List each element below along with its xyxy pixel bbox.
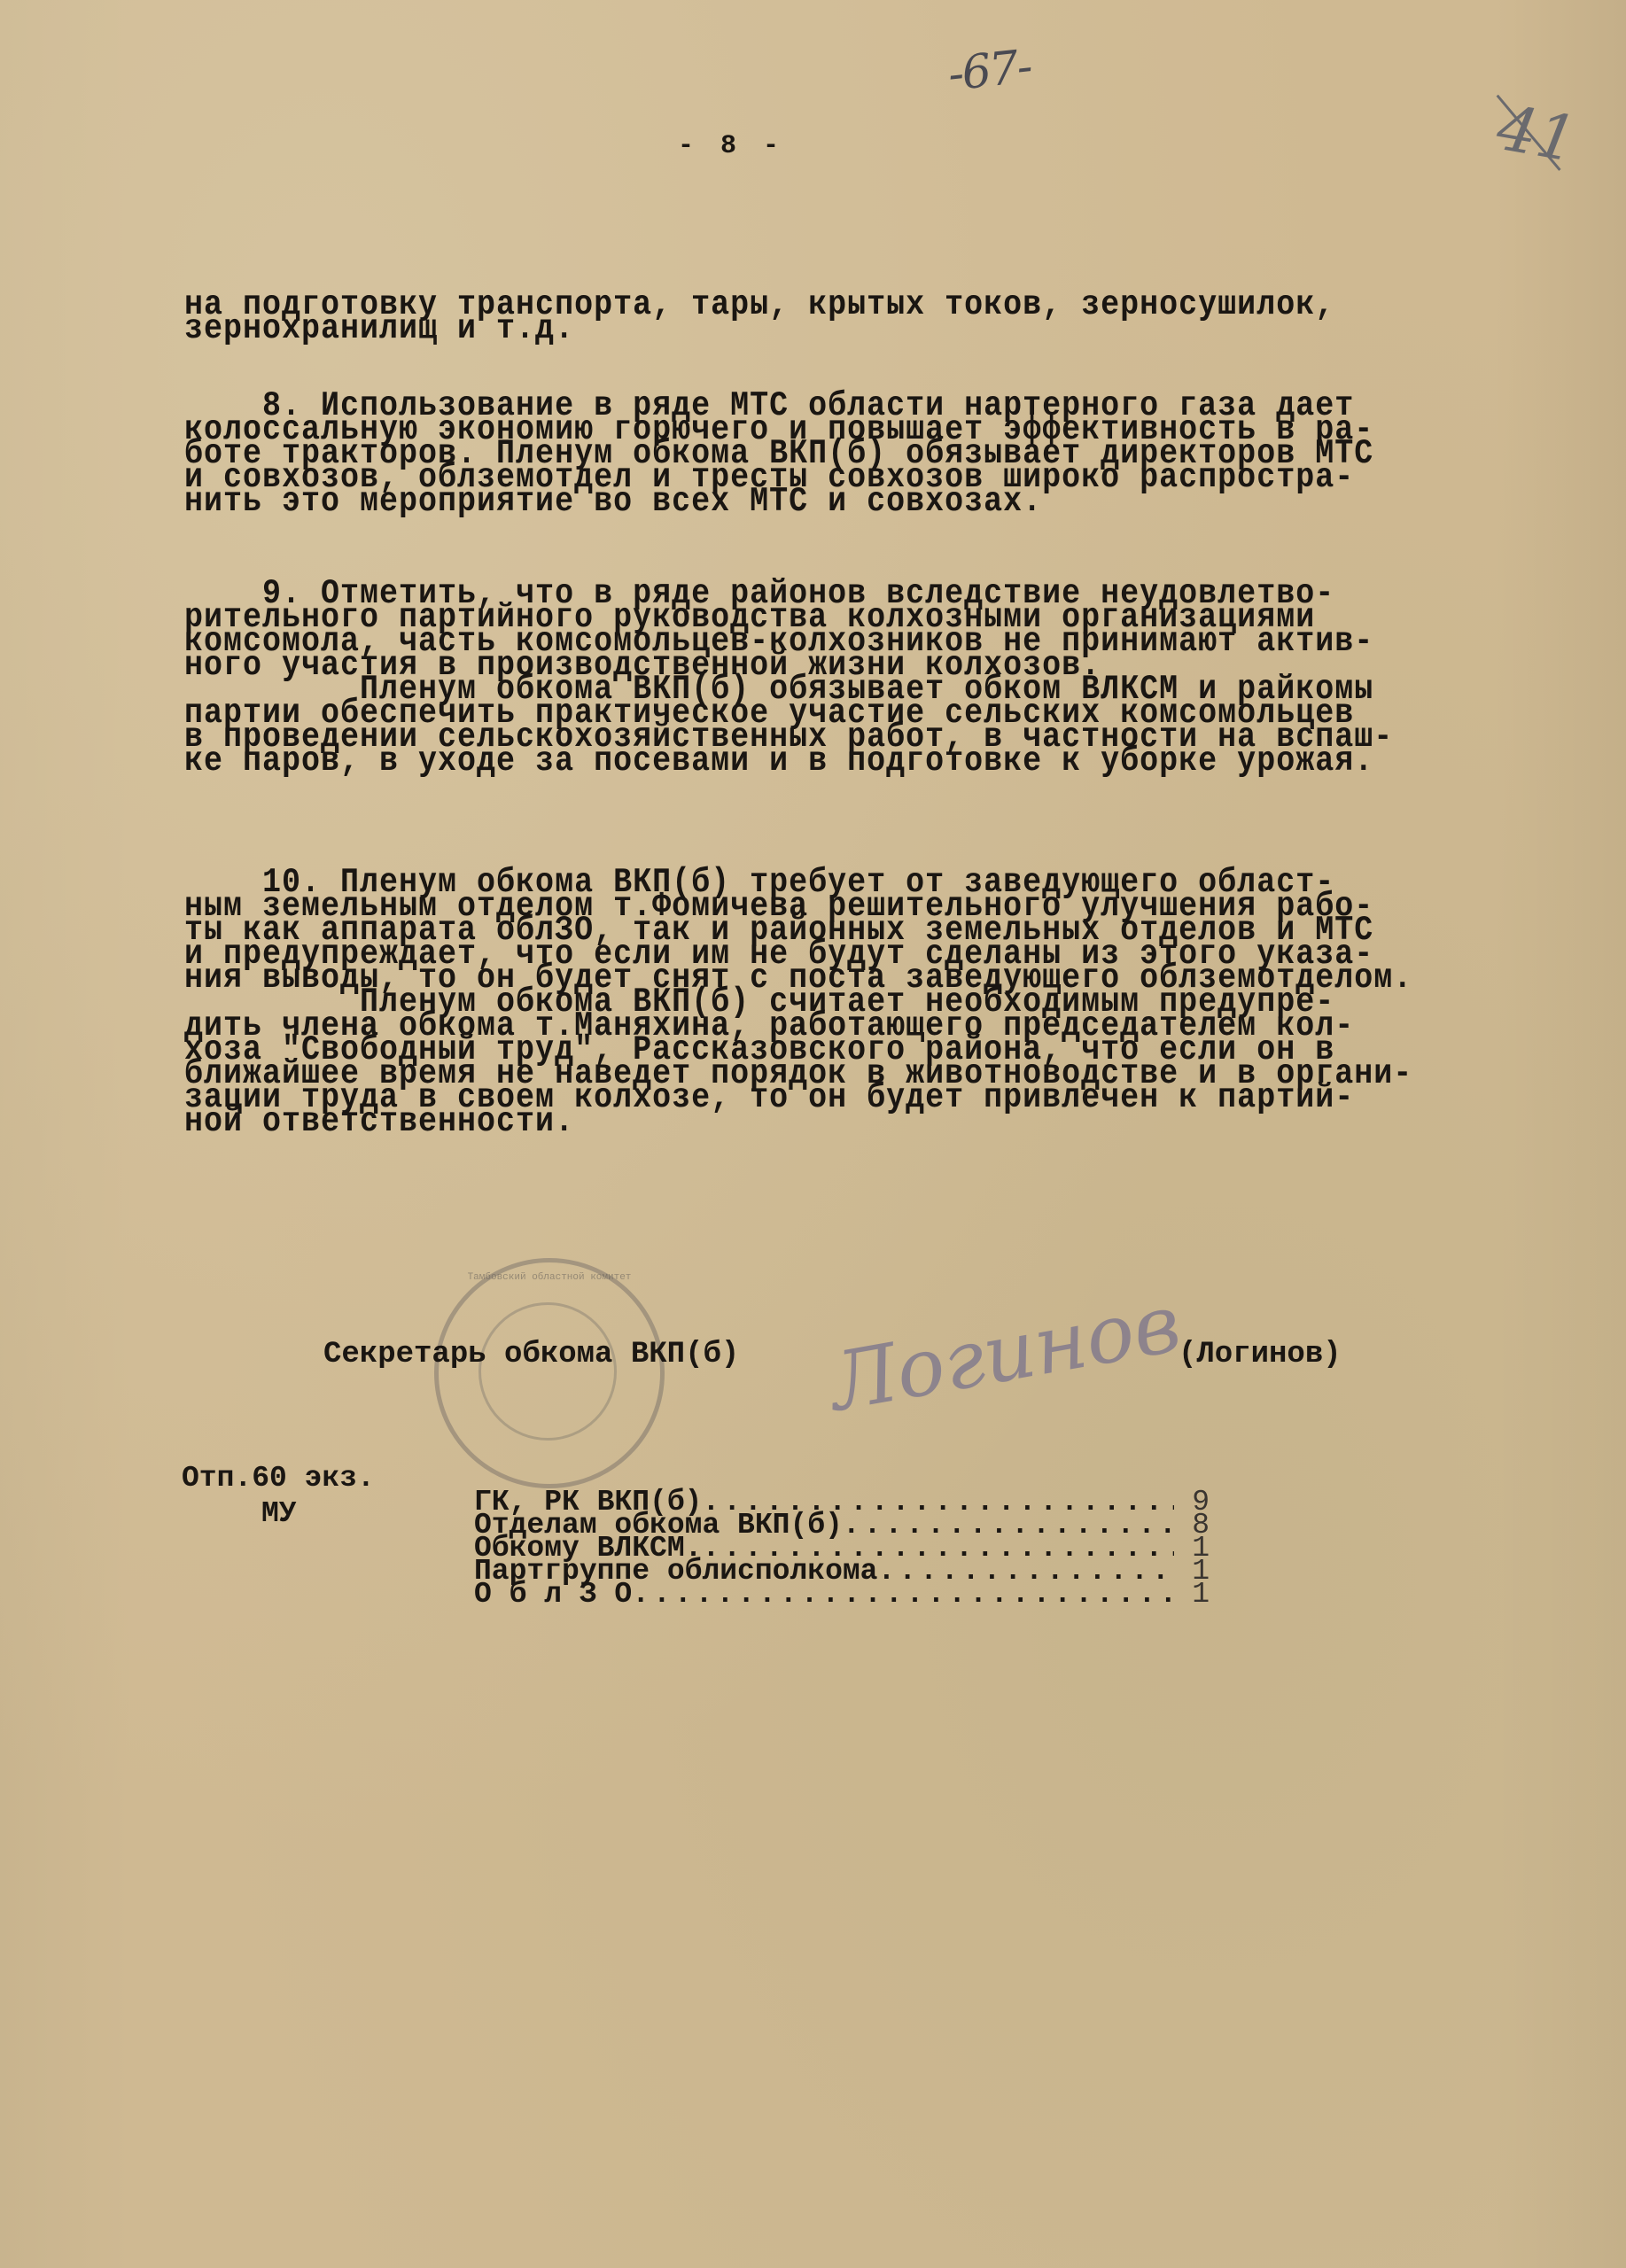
recipient-label: О б л З О <box>474 1578 632 1611</box>
typist-mark: МУ <box>261 1497 297 1530</box>
signatory-name: (Логинов) <box>1179 1338 1342 1371</box>
leader-dots: ........................................… <box>632 1578 1174 1611</box>
text-line: зернохранилищ и т.д. <box>184 316 1460 343</box>
handwritten-signature: Логинов <box>823 1277 1187 1430</box>
paragraph-8: 8. Использование в ряде МТС области нарт… <box>184 393 1460 513</box>
typed-sheet-number: - 8 - <box>678 131 784 161</box>
text-line: ной ответственности. <box>184 1109 1460 1136</box>
paragraph-intro-continuation: на подготовку транспорта, тары, крытых т… <box>184 292 1460 340</box>
copy-count: 1 <box>1174 1578 1210 1611</box>
text-line: нить это мероприятие во всех МТС и совхо… <box>184 489 1460 516</box>
handwritten-page-number: -67- <box>945 40 1033 101</box>
paragraph-9: 9. Отметить, что в ряде районов вследств… <box>184 581 1460 773</box>
distribution-item: О б л З О ..............................… <box>474 1588 1210 1611</box>
handwritten-folio-number: 41 <box>1492 91 1583 176</box>
distribution-items: ГК, РК ВКП(б) ..........................… <box>474 1495 1210 1611</box>
distribution-list: Отп.60 экз. МУ ГК, РК ВКП(б) ...........… <box>182 1462 375 1495</box>
copies-note: Отп.60 экз. <box>182 1462 375 1495</box>
signature-block: Секретарь обкома ВКП(б) Логинов (Логинов… <box>323 1338 1387 1391</box>
signatory-title: Секретарь обкома ВКП(б) <box>323 1338 739 1371</box>
paragraph-10: 10. Пленум обкома ВКП(б) требует от заве… <box>184 870 1460 1133</box>
text-line: ке паров, в уходе за посевами и в подгот… <box>184 749 1460 775</box>
